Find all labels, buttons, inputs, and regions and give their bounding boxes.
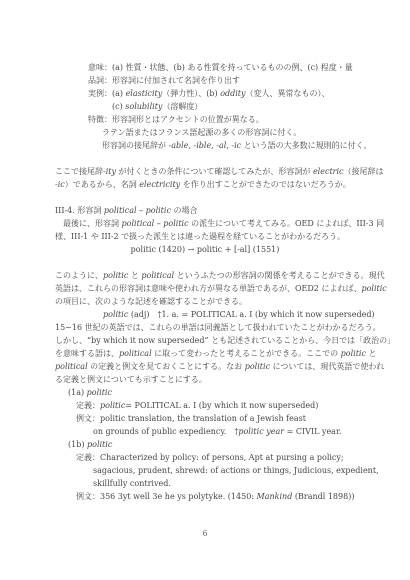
suffix-examples-line-1: 実例：(a) elasticity（弾力性）、(b) oddity（変人、異常な… xyxy=(55,87,378,100)
entry-1a-label: (1a) politic xyxy=(55,386,378,399)
suffix-features-line-1: 特徴：形容詞形とはアクセントの位置が異なる。 xyxy=(55,113,378,126)
entry-1b-definition-2: sagacious, prudent, shrewd: of actions o… xyxy=(55,464,378,477)
page-number: 6 xyxy=(0,527,410,540)
suffix-features-line-3: 形容詞の接尾辞が -able, -ible, -al, -ic という語の大多数… xyxy=(55,139,378,152)
blank-line xyxy=(55,152,378,165)
paragraph-usage-line-2: しかし、“by which it now superseded” とも記述されて… xyxy=(55,334,378,347)
blank-line xyxy=(55,256,378,269)
suffix-meaning-line: 意味：(a) 性質・状態、(b) ある性質を持っているものの例、(c) 程度・量 xyxy=(55,61,378,74)
derivation-formula: politic (1420) → politic + [-al] (1551) xyxy=(55,243,378,256)
paragraph-relation-line-1: このように、politic と political というふたつの形容詞の関係を… xyxy=(55,269,378,282)
page-content: 意味：(a) 性質・状態、(b) ある性質を持っているものの例、(c) 程度・量… xyxy=(0,0,410,503)
entry-1a-example-2: on grounds of public expediency. †politi… xyxy=(55,425,378,438)
suffix-features-line-2: ラテン語またはフランス語起源の多くの形容詞に付く。 xyxy=(55,126,378,139)
paragraph-derivation-line-2: 様、III-1 や III-2 で扱った派生とは違った過程を経ていることがわかる… xyxy=(55,230,378,243)
paragraph-usage-line-1: 15~16 世紀の英語では、これらの単語は同義語として扱われていたことがわかるだ… xyxy=(55,321,378,334)
paragraph-relation-line-3: の項目に、次のような記述を確認することができる。 xyxy=(55,295,378,308)
suffix-pos-line: 品詞：形容詞に付加されて名詞を作り出す xyxy=(55,74,378,87)
paragraph-ity-line-2: -ic）であるから、名詞 electricity を作り出すことができたのではな… xyxy=(55,178,378,191)
blank-line xyxy=(55,191,378,204)
entry-1b-example: 例文：356 3yt well 3e he ys polytyke. (1450… xyxy=(55,490,378,503)
suffix-examples-line-2: (c) solubility（溶解度） xyxy=(55,100,378,113)
entry-1b-label: (1b) politic xyxy=(55,438,378,451)
oed-quote-line: politic (adj) †1. a. = POLITICAL a. I (b… xyxy=(55,308,378,321)
document-page: 意味：(a) 性質・状態、(b) ある性質を持っているものの例、(c) 程度・量… xyxy=(0,0,410,580)
section-heading-iii4: III-4. 形容詞 political – politic の場合 xyxy=(55,204,378,217)
paragraph-relation-line-2: 英語は、これらの形容詞は意味や使われ方が異なる単語であるが、OED2 によれば、… xyxy=(55,282,378,295)
paragraph-derivation-line-1: 最後に、形容詞 political – politic の派生について考えてみる… xyxy=(55,217,378,230)
entry-1a-definition: 定義：politic= POLITICAL a. I (by which it … xyxy=(55,399,378,412)
paragraph-usage-line-3: を意味する語は、political に取って変わったと考えることができる。ここで… xyxy=(55,347,378,360)
paragraph-usage-line-5: る定義と例文についても示すことにする。 xyxy=(55,373,378,386)
paragraph-ity-line-1: ここで接尾辞-ity が付くときの条件について確認してみたが、形容詞が elec… xyxy=(55,165,378,178)
entry-1a-example-1: 例文：politic translation, the translation … xyxy=(55,412,378,425)
paragraph-usage-line-4: political の定義と例文を見ておくことにする。なお politic につ… xyxy=(55,360,378,373)
entry-1b-definition-1: 定義：Characterized by policy: of persons, … xyxy=(55,451,378,464)
entry-1b-definition-3: skillfully contrived. xyxy=(55,477,378,490)
